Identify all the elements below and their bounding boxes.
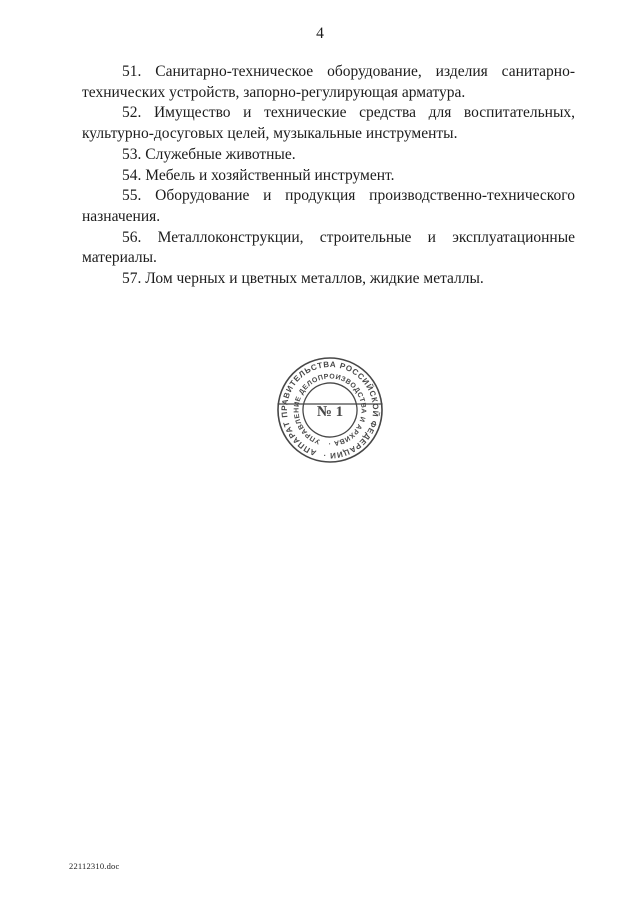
list-item-51-line-1: 51. Санитарно-техническое оборудование, …: [82, 62, 575, 83]
document-body: 51. Санитарно-техническое оборудование, …: [82, 62, 575, 290]
footer-filename: 22112310.doc: [69, 861, 119, 871]
list-item-53: 53. Служебные животные.: [82, 145, 575, 166]
stamp-seal-graphic: АППАРАТ ПРАВИТЕЛЬСТВА РОССИЙСКОЙ ФЕДЕРАЦ…: [268, 348, 392, 472]
document-page: 4 51. Санитарно-техническое оборудование…: [0, 0, 640, 905]
list-item-55-line-2: назначения.: [82, 207, 575, 228]
list-item-52-line-1: 52. Имущество и технические средства для…: [82, 103, 575, 124]
stamp-number: № 1: [317, 404, 343, 420]
list-item-57: 57. Лом черных и цветных металлов, жидки…: [82, 269, 575, 290]
list-item-54: 54. Мебель и хозяйственный инструмент.: [82, 166, 575, 187]
list-item-55-line-1: 55. Оборудование и продукция производств…: [82, 186, 575, 207]
list-item-52-line-2: культурно-досуговых целей, музыкальные и…: [82, 124, 575, 145]
list-item-56-line-2: материалы.: [82, 248, 575, 269]
list-item-56-line-1: 56. Металлоконструкции, строительные и э…: [82, 228, 575, 249]
list-item-51-line-2: технических устройств, запорно-регулирую…: [82, 83, 575, 104]
page-number: 4: [0, 25, 640, 43]
official-round-stamp: АППАРАТ ПРАВИТЕЛЬСТВА РОССИЙСКОЙ ФЕДЕРАЦ…: [268, 348, 392, 472]
